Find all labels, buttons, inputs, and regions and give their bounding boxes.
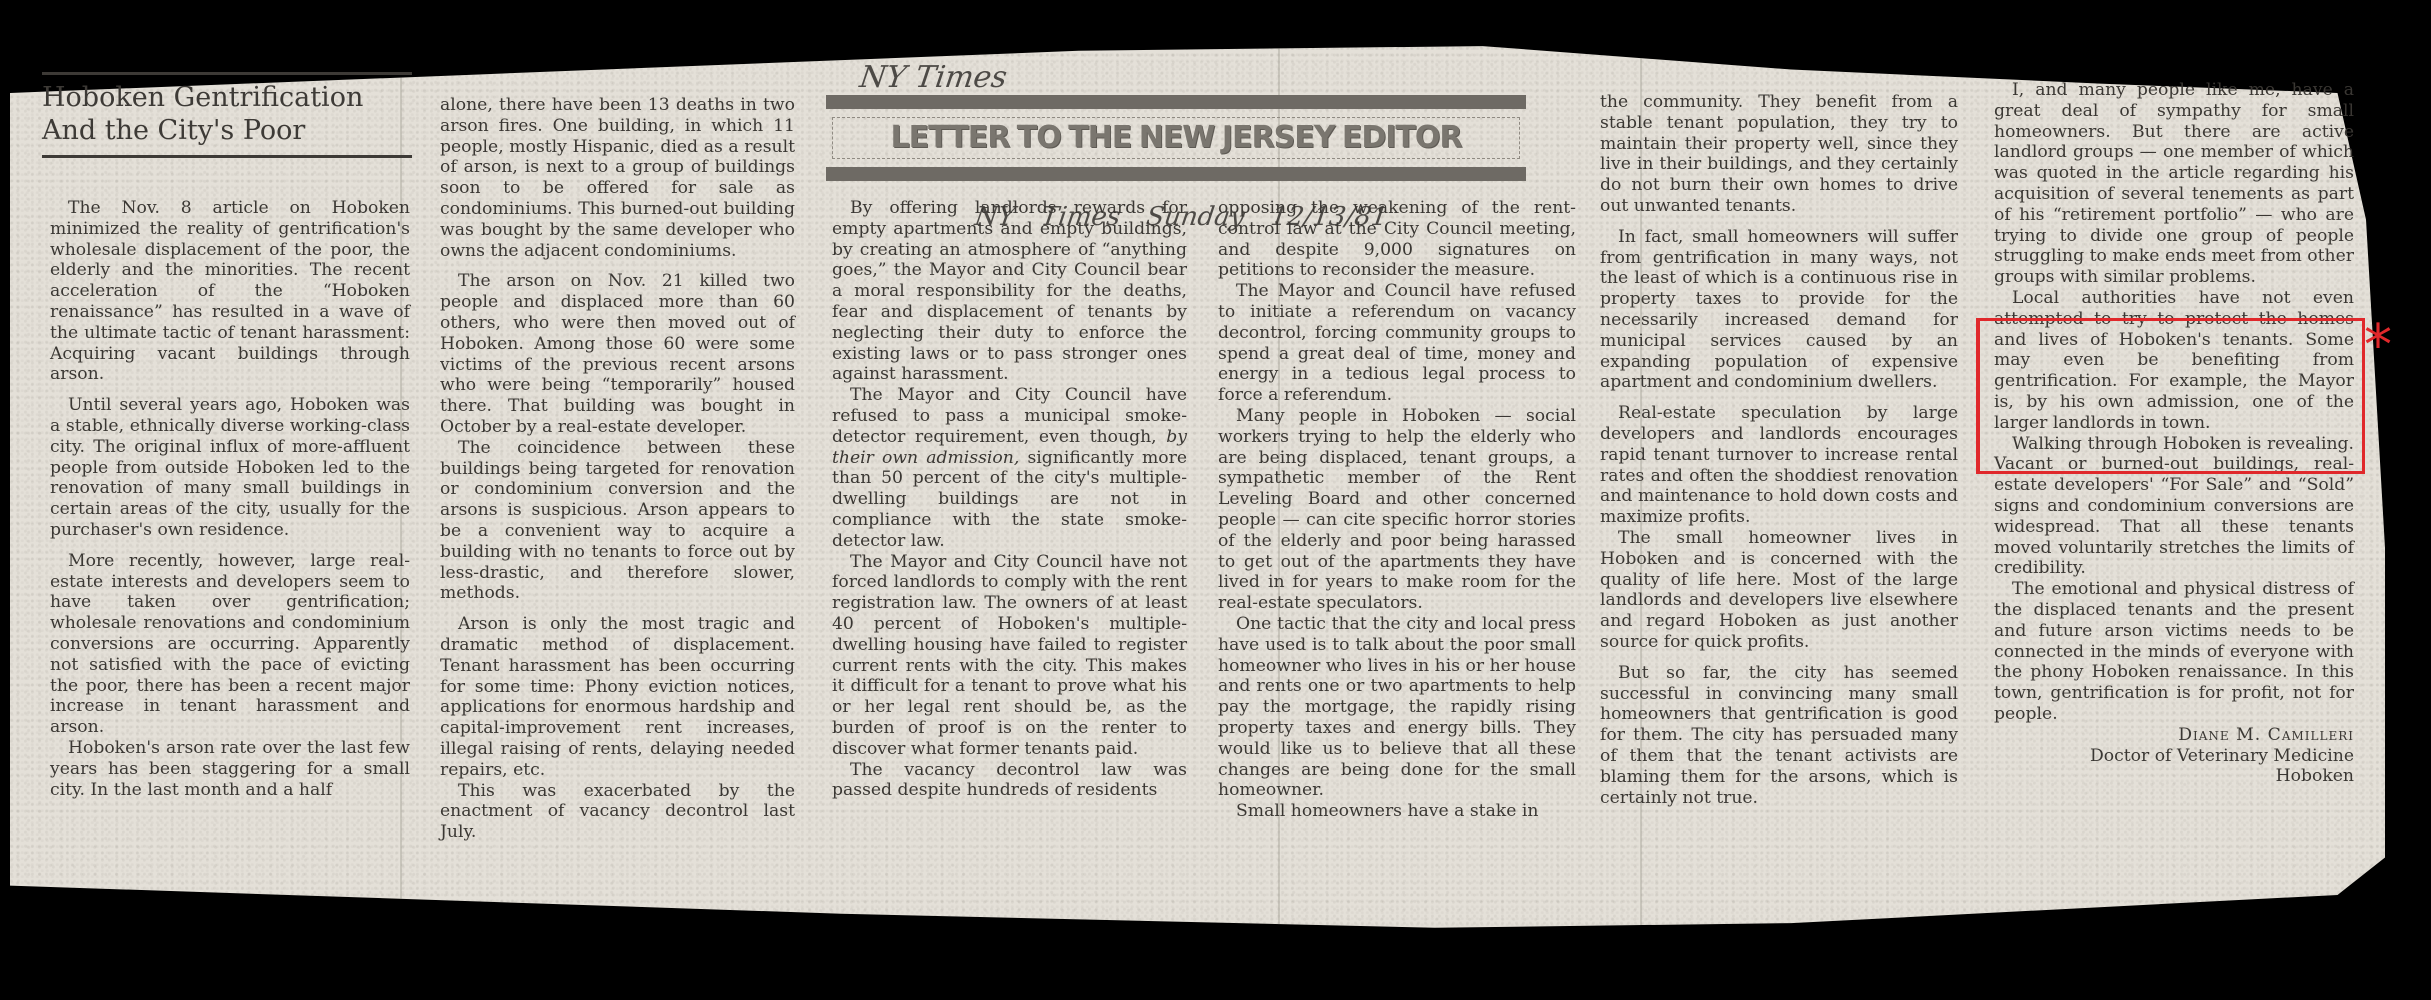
paragraph: Arson is only the most tragic and dramat…: [440, 614, 795, 780]
paragraph: The Mayor and Council have refused to in…: [1218, 281, 1576, 406]
banner-rule-top: [826, 95, 1526, 109]
paragraph: But so far, the city has seemed successf…: [1600, 663, 1958, 809]
paragraph: In fact, small homeowners will suffer fr…: [1600, 227, 1958, 393]
text-column-4: opposing the weakening of the rent-contr…: [1218, 198, 1576, 822]
article-headline: Hoboken Gentrification And the City's Po…: [42, 72, 412, 158]
paragraph-text: The Mayor and City Council have refused …: [832, 385, 1187, 447]
paragraph: alone, there have been 13 deaths in two …: [440, 95, 795, 261]
paragraph: By offering landlords rewards for empty …: [832, 198, 1187, 385]
paragraph: Small homeowners have a stake in: [1218, 801, 1576, 822]
handwritten-source-note: NY Times: [858, 60, 1010, 95]
text-column-5: the community. They benefit from a stabl…: [1600, 92, 1958, 808]
section-banner: LETTER TO THE NEW JERSEY EDITOR: [826, 95, 1526, 181]
signature-place: Hoboken: [2276, 766, 2354, 786]
paragraph: The emotional and physical distress of t…: [1994, 579, 2354, 725]
highlighted-paragraph: Local authorities have not even attempte…: [1994, 288, 2354, 434]
signature-title: Doctor of Veterinary Medicine: [2090, 746, 2354, 766]
paragraph: Many people in Hoboken — social workers …: [1218, 406, 1576, 614]
banner-title: LETTER TO THE NEW JERSEY EDITOR: [832, 117, 1520, 159]
text-column-3: By offering landlords rewards for empty …: [832, 198, 1187, 801]
paragraph: The arson on Nov. 21 killed two people a…: [440, 271, 795, 437]
paragraph: Until several years ago, Hoboken was a s…: [50, 395, 410, 541]
signature-block: Diane M. Camilleri Doctor of Veterinary …: [1994, 725, 2354, 787]
text-column-6: I, and many people like me, have a great…: [1994, 80, 2354, 787]
paragraph: I, and many people like me, have a great…: [1994, 80, 2354, 288]
banner-rule-bottom: [826, 167, 1526, 181]
paragraph: The Nov. 8 article on Hoboken minimized …: [50, 198, 410, 385]
paragraph: Real-estate speculation by large develop…: [1600, 403, 1958, 528]
paragraph: One tactic that the city and local press…: [1218, 614, 1576, 801]
paragraph: opposing the weakening of the rent-contr…: [1218, 198, 1576, 281]
paragraph: This was exacerbated by the enactment of…: [440, 781, 795, 843]
paragraph: The Mayor and City Council have not forc…: [832, 552, 1187, 760]
paragraph: The coincidence between these buildings …: [440, 438, 795, 604]
headline-line-2: And the City's Poor: [42, 114, 412, 147]
text-column-2: alone, there have been 13 deaths in two …: [440, 95, 795, 843]
paragraph: Walking through Hoboken is revealing. Va…: [1994, 434, 2354, 580]
paragraph: More recently, however, large real-estat…: [50, 551, 410, 738]
paragraph: The vacancy decontrol law was passed des…: [832, 760, 1187, 802]
paragraph: The Mayor and City Council have refused …: [832, 385, 1187, 551]
paragraph: Hoboken's arson rate over the last few y…: [50, 738, 410, 800]
signature-name: Diane M. Camilleri: [2178, 725, 2354, 745]
red-asterisk-mark: *: [2364, 318, 2392, 374]
paragraph: The small homeowner lives in Hoboken and…: [1600, 528, 1958, 653]
text-column-1: The Nov. 8 article on Hoboken minimized …: [50, 198, 410, 800]
paragraph: the community. They benefit from a stabl…: [1600, 92, 1958, 217]
headline-line-1: Hoboken Gentrification: [42, 81, 412, 114]
